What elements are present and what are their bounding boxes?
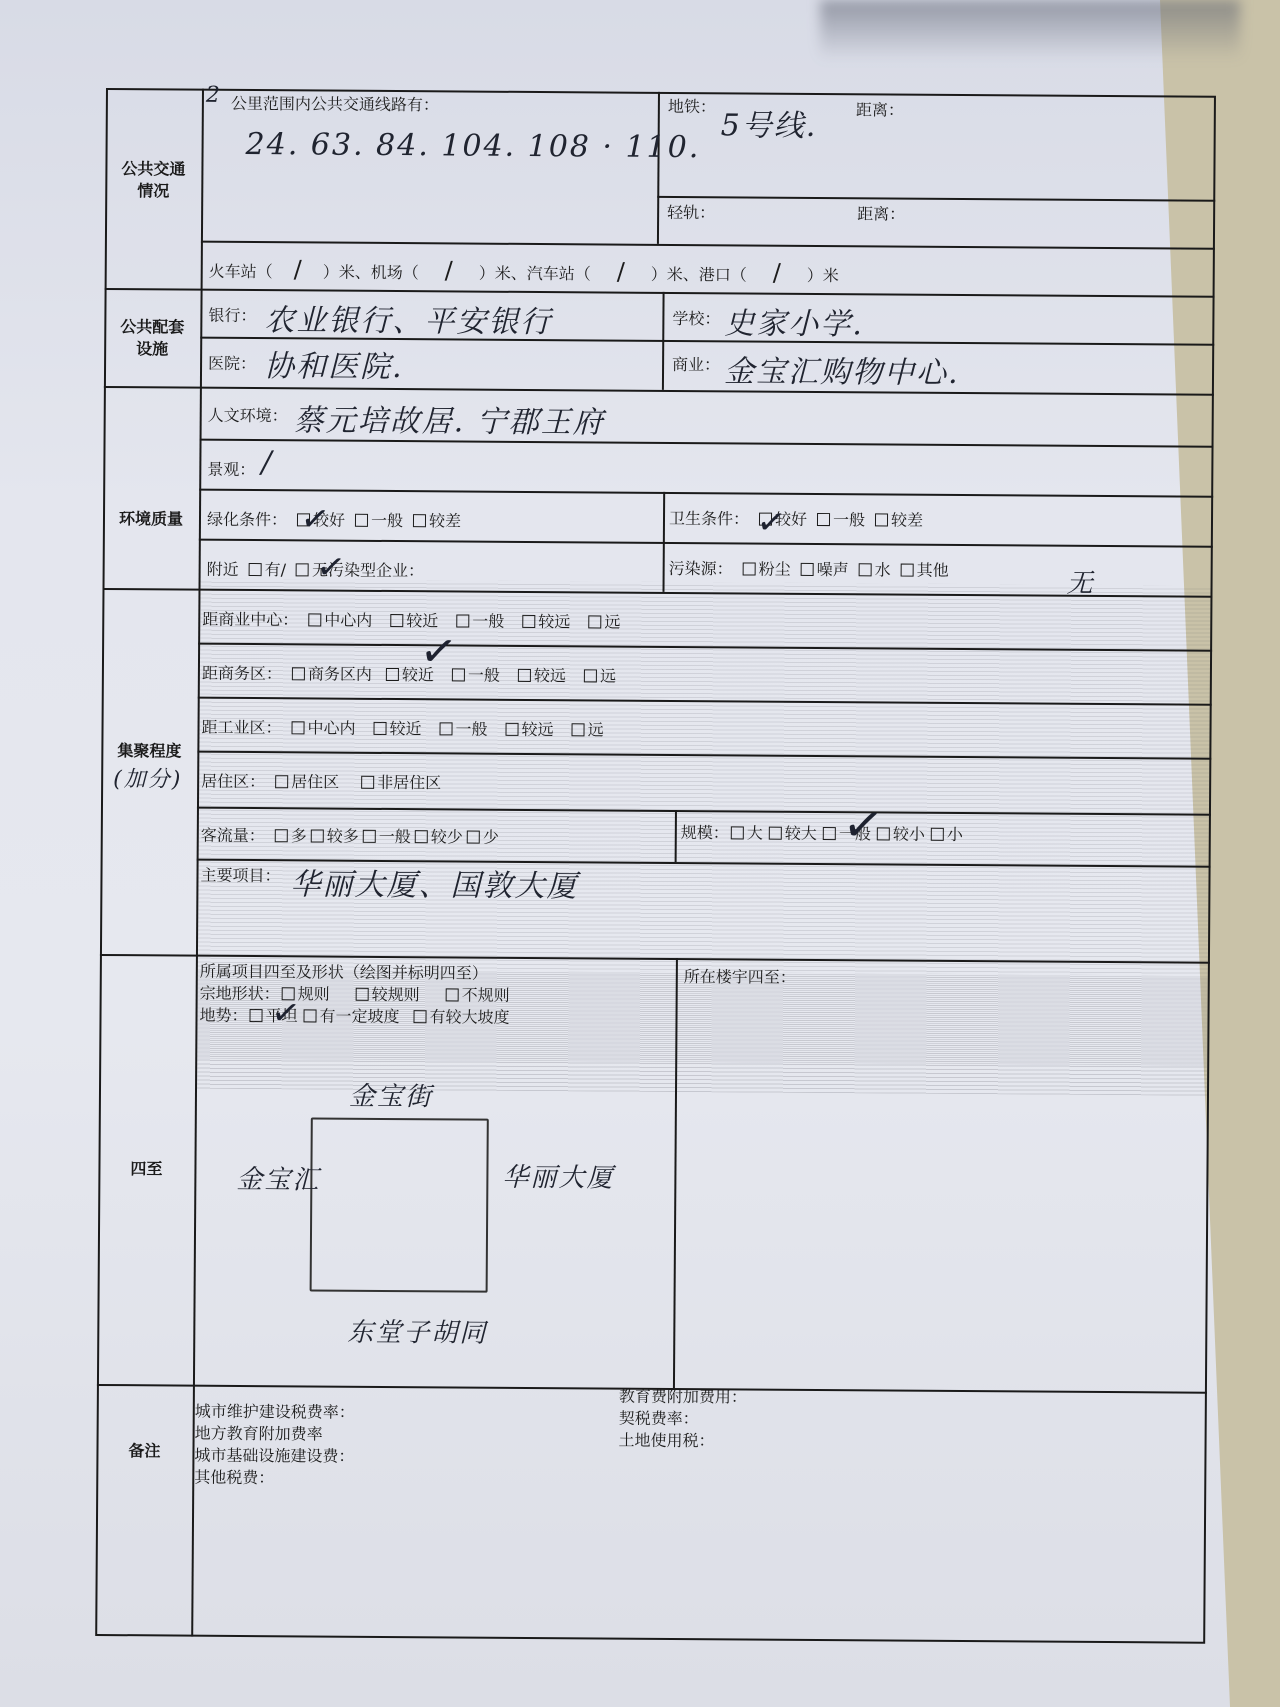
terrain-label: 地势： [199,1006,247,1025]
checkbox[interactable] [518,669,531,682]
boundary-title: 所属项目四至及形状（绘图并标明四至） [200,959,488,984]
train-label: 火车站（ [209,262,273,281]
option-label: 非居住区 [377,773,441,792]
option-label: 较差 [891,510,923,529]
option-label: 较远 [538,612,570,631]
boundary-south: 东堂子胡同 [347,1312,487,1350]
building-label: 所在楼宇四至： [684,964,796,988]
airport-label: 机场（ [371,263,419,282]
scenery-label: 景观： [207,457,255,480]
option-label: 有/ [265,560,287,579]
nearby-label: 附近 [207,560,239,579]
airport-value: / [419,256,479,284]
hospital-value: 协和医院. [264,341,404,386]
infrastructure-fee-label: 城市基础设施建设费： [194,1445,354,1468]
checkbox[interactable] [769,827,782,840]
shadow [820,0,1240,60]
terrain-row: 地势：平坦有一定坡度有较大坡度 [199,1003,509,1028]
option-label: 较大 [785,824,817,843]
school-value: 史家小学. [724,298,864,343]
checkbox[interactable] [275,829,288,842]
option-label: 较差 [429,511,461,530]
lines-label: 公里范围内公共交通线路有： [231,91,439,115]
checkmark-icon: ✓ [754,501,788,545]
option-label: 较小 [893,825,925,844]
land-use-tax-label: 土地使用税： [618,1430,746,1453]
industrial-row: 距工业区：中心内较近一般较远远 [201,715,603,741]
option-label: 中心内 [324,611,372,630]
option-label: 商务区内 [308,664,372,683]
checkbox[interactable] [275,775,288,788]
option-label: 大 [747,823,763,842]
greening-checkbox-average[interactable] [355,514,368,527]
scenery-value: / [261,445,273,480]
option-label: 其他 [917,561,949,580]
checkbox[interactable] [356,988,369,1001]
checkbox[interactable] [446,988,459,1001]
train-value: / [273,255,323,283]
section-facilities: 公共配套 设施 [104,316,200,361]
option-label: 不规则 [462,986,510,1005]
checkbox[interactable] [361,776,374,789]
residential-label: 居住区： [201,772,265,791]
option-label: 粉尘 [759,560,791,579]
deed-tax-label: 契税费率： [619,1408,747,1431]
traffic-label: 客流量： [201,826,265,845]
checkbox[interactable] [731,826,744,839]
projects-value: 华丽大厦、国敦大厦 [290,859,578,905]
scale-label: 规模： [681,823,729,842]
shape-label: 宗地形状： [200,984,280,1004]
option-label: 小 [947,825,963,844]
option-label: 多 [291,826,307,845]
unit: ）米、 [323,263,371,282]
pollution-checkbox-other[interactable] [901,564,914,577]
section-remarks: 备注 [96,1440,192,1463]
checkbox[interactable] [456,614,469,627]
checkbox[interactable] [374,722,387,735]
boundary-west: 金宝汇 [236,1159,320,1197]
pollution-row: 污染源：粉尘噪声水其他 [669,556,949,581]
biz-center-label: 距商业中心： [202,610,298,630]
option-label: 较远 [522,720,554,739]
checkbox[interactable] [440,722,453,735]
unit: ）米 [807,266,839,285]
checkbox[interactable] [292,667,305,680]
checkbox[interactable] [584,669,597,682]
bank-label: 银行： [208,303,256,326]
unit: ）米、 [479,264,527,283]
checkbox[interactable] [292,721,305,734]
checkbox[interactable] [363,830,376,843]
other-taxes-label: 其他税费： [194,1467,354,1490]
survey-form: 公共交通 情况 公里范围内公共交通线路有： 2 24. 63. 84. 104.… [95,88,1216,1644]
pollution-checkbox-water[interactable] [859,563,872,576]
checkbox[interactable] [931,828,944,841]
metro-distance-label: 距离： [856,97,904,120]
bank-value: 农业银行、平安银行 [264,295,552,341]
commerce-label: 商业： [672,352,720,375]
remarks-right: 教育费附加费用： 契税费率： 土地使用税： [618,1386,746,1453]
lightrail-label: 轻轨： [667,200,715,223]
section-boundaries: 四至 [98,1158,194,1181]
option-label: 居住区 [291,772,339,791]
checkbox[interactable] [414,1010,427,1023]
checkbox[interactable] [304,1009,317,1022]
nearby-checkbox-no[interactable] [296,563,309,576]
residential-row: 居住区：居住区非居住区 [201,769,441,794]
metro-label: 地铁： [668,94,716,117]
checkmark-icon: ✓ [298,498,332,542]
checkmark-icon: ✓ [269,991,303,1035]
option-label: 有较大坡度 [430,1007,510,1027]
option-label: 噪声 [817,560,849,579]
culture-label: 人文环境： [208,403,288,427]
option-label: 较远 [534,666,566,685]
divider [675,810,677,862]
nearby-checkbox-yes[interactable] [249,563,262,576]
remarks-left: 城市维护建设税费率： 地方教育附加费率 城市基础设施建设费： 其他税费： [194,1401,355,1490]
biz-center-row: 距商业中心：中心内较近一般较远远 [202,607,620,633]
projects-label: 主要项目： [200,863,280,887]
option-label: 少 [483,828,499,847]
option-label: 一般 [456,719,488,738]
option-label: 规则 [298,984,330,1003]
section-environment: 环境质量 [103,508,199,531]
local-education-surcharge-label: 地方教育附加费率 [195,1423,355,1446]
bus-station-label: 汽车站（ [527,264,591,283]
lines-value: 24. 63. 84. 104. 108 · 110. [245,127,700,165]
greening-row: 绿化条件：较好一般较差 [207,507,461,532]
site-sketch [310,1117,489,1292]
school-label: 学校： [672,306,720,329]
sanitation-row: 卫生条件：较好一般较差 [669,506,923,531]
section-agglomeration: 集聚程度 [101,740,197,763]
unit: ）米、 [651,265,699,284]
checkbox[interactable] [823,827,836,840]
cbd-row: 距商务区：商务区内较近一般较远远 [202,661,616,687]
option-label: 一般 [379,827,411,846]
checkbox[interactable] [506,723,519,736]
scale-row: 规模：大较大一般较小小 [681,820,963,845]
option-label: 较近 [390,719,422,738]
other-transport: 火车站（/）米、机场（/）米、汽车站（/）米、港口（/）米 [209,255,839,287]
checkbox[interactable] [311,829,324,842]
checkmark-icon: ✓ [839,795,887,856]
lines-radius-value: 2 [206,83,222,108]
option-label: 一般 [472,612,504,631]
traffic-row: 客流量：多较多一般较少少 [201,823,499,848]
option-label: 远 [604,612,620,631]
option-label: 有一定坡度 [319,1007,399,1027]
option-label: 一般 [371,511,403,530]
checkmark-icon: ✓ [417,624,461,680]
metro-value: 5号线. [721,100,818,145]
cbd-label: 距商务区： [202,664,282,684]
lightrail-distance-label: 距离： [857,201,905,224]
option-label: 较规则 [372,985,420,1004]
checkbox[interactable] [249,1009,262,1022]
option-label: 较多 [327,827,359,846]
port-label: 港口（ [699,265,747,284]
checkbox[interactable] [308,613,321,626]
city-maintenance-tax-label: 城市维护建设税费率： [195,1401,355,1424]
checkbox[interactable] [390,614,403,627]
checkbox[interactable] [588,615,601,628]
section-note: (加分) [113,762,182,793]
greening-checkbox-poor[interactable] [413,514,426,527]
checkbox[interactable] [386,668,399,681]
hospital-label: 医院： [208,351,256,374]
checkbox[interactable] [522,615,535,628]
industrial-label: 距工业区： [201,718,281,738]
pollution-checkbox-noise[interactable] [801,563,814,576]
option-label: 一般 [833,510,865,529]
option-label: 远 [588,720,604,739]
option-label: 较少 [431,827,463,846]
education-surcharge-label: 教育费附加费用： [619,1386,747,1409]
checkbox[interactable] [415,830,428,843]
option-label: 远 [600,666,616,685]
checkbox[interactable] [572,723,585,736]
sanitation-checkbox-poor[interactable] [875,513,888,526]
greening-label: 绿化条件： [207,510,287,530]
boundary-east: 华丽大厦 [502,1157,614,1195]
option-label: 一般 [468,666,500,685]
port-value: / [747,258,807,286]
checkmark-icon: ✓ [314,546,348,590]
option-label: 中心内 [307,718,355,737]
commerce-value: 金宝汇购物中心. [724,346,960,392]
sanitation-checkbox-average[interactable] [817,513,830,526]
sanitation-label: 卫生条件： [669,509,749,529]
section-transport: 公共交通 情况 [105,158,201,203]
culture-value: 蔡元培故居. 宁郡王府 [294,395,605,441]
checkbox[interactable] [467,831,480,844]
boundary-north: 金宝街 [349,1076,433,1114]
option-label: 水 [875,560,891,579]
pollution-label: 污染源： [669,559,733,578]
bus-station-value: / [591,257,651,285]
pollution-checkbox-dust[interactable] [743,562,756,575]
